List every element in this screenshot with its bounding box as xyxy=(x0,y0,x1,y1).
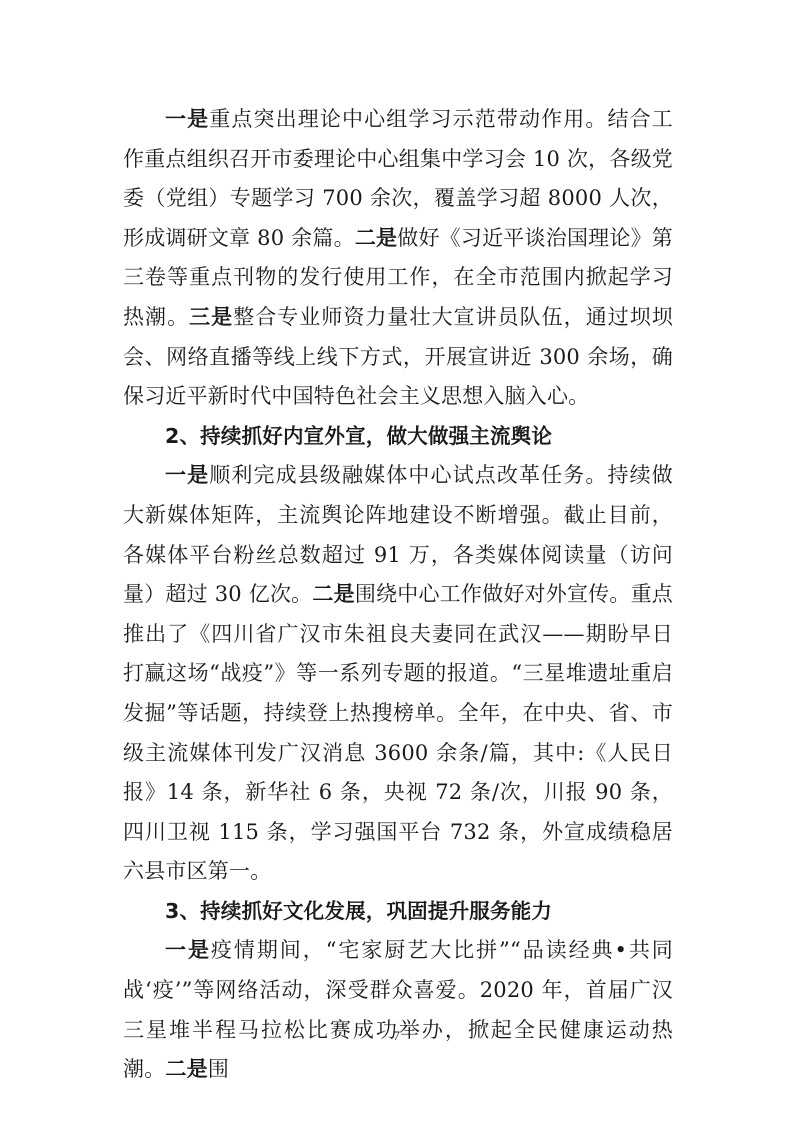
paragraph-text: 围绕中心工作做好对外宣传。重点推出了《四川省广汉市朱祖良夫妻同在武汉——期盼早日… xyxy=(123,582,673,883)
document-page: 一是重点突出理论中心组学习示范带动作用。结合工作重点组织召开市委理论中心组集中学… xyxy=(123,100,673,1090)
point-label: 二是 xyxy=(355,226,397,250)
paragraph-media: 一是顺利完成县级融媒体中心试点改革任务。持续做大新媒体矩阵，主流舆论阵地建设不断… xyxy=(123,456,673,892)
point-label: 二是 xyxy=(165,1057,207,1081)
point-label: 一是 xyxy=(165,463,209,487)
page-number: 7 xyxy=(0,1028,793,1044)
paragraph-culture: 一是疫情期间，“宅家厨艺大比拼”“品读经典•共同战‘疫’”等网络活动，深受群众喜… xyxy=(123,931,673,1089)
section-heading-3: 3、持续抓好文化发展，巩固提升服务能力 xyxy=(123,892,673,932)
paragraph-text: 围 xyxy=(208,1057,229,1081)
point-label: 三是 xyxy=(189,305,233,329)
section-heading-2: 2、持续抓好内宣外宣，做大做强主流舆论 xyxy=(123,417,673,457)
paragraph-theory-study: 一是重点突出理论中心组学习示范带动作用。结合工作重点组织召开市委理论中心组集中学… xyxy=(123,100,673,417)
point-label: 二是 xyxy=(312,582,354,606)
point-label: 一是 xyxy=(165,938,211,962)
point-label: 一是 xyxy=(165,107,209,131)
